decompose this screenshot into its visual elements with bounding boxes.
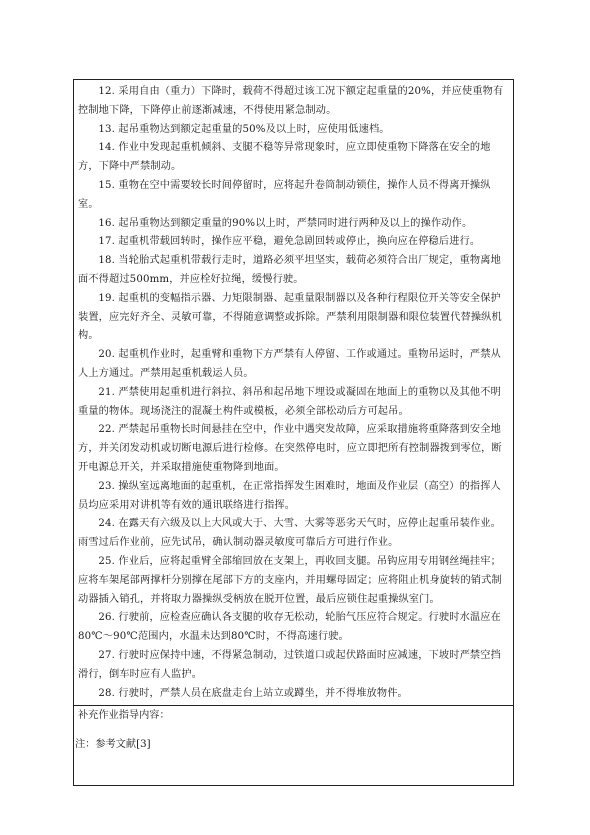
instruction-item-20: 20. 起重机作业时，起重臂和重物下方严禁有人停留、工作或通过。重物吊运时，严禁… [78,346,509,384]
instruction-item-15: 15. 重物在空中需要较长时间停留时，应将起升卷筒制动锁住，操作人员不得离开操纵… [78,177,509,215]
instruction-table: 12. 采用自由（重力）下降时，载荷不得超过该工况下额定起重量的20%，并应使重… [73,79,514,786]
instruction-item-18: 18. 当轮胎式起重机带载行走时，道路必须平坦坚实，载荷必须符合出厂规定，重物离… [78,252,509,290]
document-page: 12. 采用自由（重力）下降时，载荷不得超过该工况下额定起重量的20%，并应使重… [0,0,590,835]
instruction-item-22: 22. 严禁起吊重物长时间悬挂在空中，作业中遇突发故障，应采取措施将重降落到安全… [78,421,509,477]
instruction-item-16: 16. 起吊重物达到额定重量的90%以上时，严禁同时进行两种及以上的操作动作。 [78,215,509,234]
instruction-item-17: 17. 起重机带载回转时，操作应平稳，避免急剧回转或停止，换向应在停稳后进行。 [78,233,509,252]
instruction-item-13: 13. 起吊重物达到额定起重量的50%及以上时，应使用低速档。 [78,121,509,140]
instruction-list: 12. 采用自由（重力）下降时，载荷不得超过该工况下额定起重量的20%，并应使重… [74,80,513,705]
instruction-item-23: 23. 操纵室远离地面的起重机，在正常指挥发生困难时，地面及作业层（高空）的指挥… [78,478,509,516]
instruction-item-12: 12. 采用自由（重力）下降时，载荷不得超过该工况下额定起重量的20%，并应使重… [78,83,509,121]
instruction-item-25: 25. 作业后，应将起重臂全部缩回放在支架上，再收回支腿。吊钩应用专用钢丝绳挂牢… [78,553,509,609]
instruction-item-24: 24. 在露天有六级及以上大风或大于、大雪、大雾等恶劣天气时，应停止起重吊装作业… [78,515,509,553]
supplement-label: 补充作业指导内容： [78,709,509,723]
instruction-item-28: 28. 行驶时，严禁人员在底盘走台上站立或蹲坐，并不得堆放物件。 [78,685,509,704]
instruction-item-14: 14. 作业中发现起重机倾斜、支腿不稳等异常现象时，应立即使重物下降落在安全的地… [78,139,509,177]
instruction-item-19: 19. 起重机的变幅指示器、力矩限制器、起重量限制器以及各种行程限位开关等安全保… [78,290,509,346]
reference-note: 注：参考文献[3] [75,738,151,752]
instruction-item-27: 27. 行驶时应保持中速，不得紧急制动，过铁道口或起伏路面时应减速，下坡时严禁空… [78,647,509,685]
instruction-item-21: 21. 严禁使用起重机进行斜拉、斜吊和起吊地下埋设或凝固在地面上的重物以及其他不… [78,384,509,422]
instruction-item-26: 26. 行驶前，应检查应确认各支腿的收存无松动，轮胎气压应符合规定。行驶时水温应… [78,609,509,647]
